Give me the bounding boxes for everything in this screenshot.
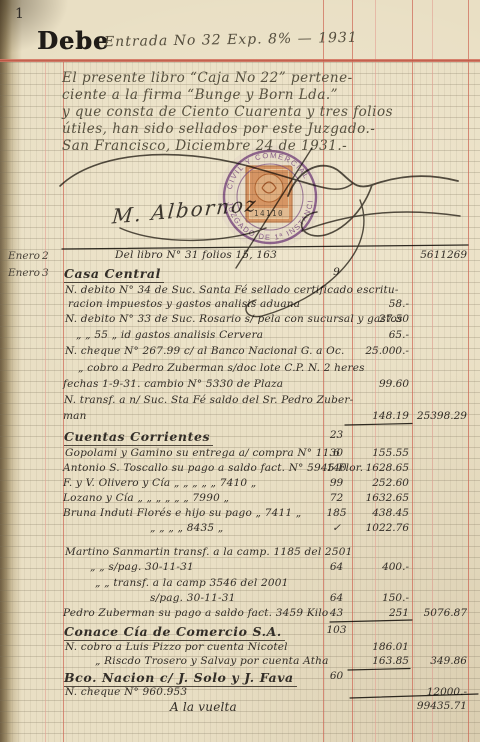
row-amount: 163.85 (352, 655, 409, 667)
row-total: 12000.- (413, 686, 467, 698)
signature-right-loop (302, 185, 372, 236)
row-desc: s/pag. 30-11-31 (150, 592, 235, 604)
row-amount: 186.01 (352, 641, 409, 653)
row-folio: 23 (323, 429, 350, 441)
ledger-row: Martino Sanmartin transf. a la camp. 118… (0, 546, 480, 561)
row-desc: „ „ s/pag. 30-11-31 (90, 561, 194, 573)
row-folio: 103 (323, 624, 350, 636)
certificate-line: y que consta de Ciento Cuarenta y tres f… (62, 104, 472, 120)
row-amount: 251 (352, 607, 409, 619)
ledger-row: Casa Central 9 (0, 266, 480, 281)
ledger-row: Gopolami y Gamino su entrega a/ compra N… (0, 447, 480, 462)
row-amount: 155.55 (352, 447, 409, 459)
row-folio: 99 (323, 477, 350, 489)
row-desc: Pedro Zuberman su pago a saldo fact. 345… (63, 607, 328, 619)
carry-forward-label: A la vuelta (170, 700, 237, 714)
ledger-row: fechas 1-9-31. cambio N° 5330 de Plaza 9… (0, 378, 480, 393)
row-amount: 438.45 (352, 507, 409, 519)
signature-right (288, 166, 458, 196)
rubric-flourish (60, 155, 352, 190)
section-heading: Cuentas Corrientes (64, 429, 213, 446)
certificate-line: El presente libro “Caja No 22” pertene- (62, 70, 472, 86)
row-desc: „ „ „ „ 8435 „ (150, 522, 223, 534)
ledger-row: Cuentas Corrientes 23 (0, 429, 480, 444)
row-desc: Bruna Induti Florés e hijo su pago „ 741… (63, 507, 301, 519)
row-folio: 185 (323, 507, 350, 519)
section-heading: Casa Central (64, 266, 164, 283)
row-amount: 65.- (352, 329, 409, 341)
row-desc: Del libro N° 31 folios 15, 163 (115, 249, 277, 261)
ledger-row: N. debito N° 34 de Suc. Santa Fé sellado… (0, 284, 480, 299)
ledger-row: s/pag. 30-11-31 64 150.- (0, 592, 480, 607)
row-amount: 252.60 (352, 477, 409, 489)
row-amount: 1632.65 (352, 492, 409, 504)
row-total: 349.86 (413, 655, 467, 667)
ledger-row: „ „ transf. a la camp 3546 del 2001 (0, 577, 480, 592)
certificate-line: ciente a la firma “Bunge y Born Lda.” (62, 87, 472, 103)
ledger-row: Conace Cía de Comercio S.A. 103 (0, 624, 480, 639)
ledger-row: N. transf. a n/ Suc. Sta Fé saldo del Sr… (0, 394, 480, 409)
ledger-row: „ cobro a Pedro Zuberman s/doc lote C.P.… (0, 362, 480, 377)
row-folio: 72 (323, 492, 350, 504)
ledger-row: N. debito N° 33 de Suc. Rosario s/ pela … (0, 313, 480, 328)
ledger-row: man 148.19 25398.29 (0, 410, 480, 425)
row-amount: 25.000.- (352, 345, 409, 357)
row-desc: Lozano y Cía „ „ „ „ „ „ 7990 „ (63, 492, 229, 504)
row-amount: 150.- (352, 592, 409, 604)
certificate-line: útiles, han sido sellados por este Juzga… (62, 121, 472, 137)
row-desc: Martino Sanmartin transf. a la camp. 118… (65, 546, 352, 558)
ledger-row: Lozano y Cía „ „ „ „ „ „ 7990 „ 72 1632.… (0, 492, 480, 507)
row-desc: N. cheque N° 960.953 (65, 686, 187, 698)
signature-left-flourish (120, 228, 266, 240)
row-total: 5076.87 (413, 607, 467, 619)
row-desc: „ „ transf. a la camp 3546 del 2001 (95, 577, 289, 589)
ledger-row: Antonio S. Toscallo su pago a saldo fact… (0, 462, 480, 477)
signature-right-underline (302, 212, 460, 231)
debe-label: Debe (37, 26, 109, 55)
ledger-row: „ „ 55 „ id gastos analisis Cervera 65.- (0, 329, 480, 344)
carry-forward-total: 99435.71 (413, 700, 467, 712)
row-desc: „ cobro a Pedro Zuberman s/doc lote C.P.… (78, 362, 365, 374)
row-amount: 58.- (352, 298, 409, 310)
row-amount: 27.50 (352, 313, 409, 325)
row-total: 25398.29 (413, 410, 467, 422)
row-amount: 400.- (352, 561, 409, 573)
row-desc: N. debito N° 34 de Suc. Santa Fé sellado… (65, 284, 399, 296)
certificate-line: San Francisco, Diciembre 24 de 1931.- (62, 138, 472, 154)
header-rule (0, 59, 480, 62)
ledger-row: „ „ s/pag. 30-11-31 64 400.- (0, 561, 480, 576)
row-folio: 64 (323, 592, 350, 604)
section-heading: Conace Cía de Comercio S.A. (64, 624, 285, 641)
ledger-row: „ „ „ „ 8435 „ ✓ 1022.76 (0, 522, 480, 537)
ledger-row: N. cheque N° 960.953 12000.- (0, 686, 480, 701)
row-folio: 64 (323, 561, 350, 573)
section-heading: Bco. Nacion c/ J. Solo y J. Fava (64, 670, 297, 687)
row-desc: N. cobro a Luis Pizzo por cuenta Nicotel (65, 641, 288, 653)
stamp-ring-text-top: CIVIL Y COMERCIAL (225, 151, 312, 190)
ledger-row: Bruna Induti Florés e hijo su pago „ 741… (0, 507, 480, 522)
ledger-row: A la vuelta 99435.71 (0, 700, 480, 715)
row-desc: man (63, 410, 87, 422)
ledger-row: N. cheque N° 267.99 c/ al Banco Nacional… (0, 345, 480, 360)
row-desc: Gopolami y Gamino su entrega a/ compra N… (65, 447, 343, 459)
row-desc: Antonio S. Toscallo su pago a saldo fact… (63, 462, 363, 474)
row-desc: „ Riscdo Trosero y Salvay por cuenta Ath… (95, 655, 329, 667)
row-folio: 60 (323, 670, 350, 682)
row-desc: racion impuestos y gastos analisis aduan… (68, 298, 300, 310)
row-folio: 43 (323, 607, 350, 619)
row-desc: N. transf. a n/ Suc. Sta Fé saldo del Sr… (64, 394, 353, 406)
stamp-serial: 14110 (254, 209, 284, 218)
row-folio: 6 (323, 447, 350, 459)
row-folio: 9 (323, 266, 350, 278)
row-amount: 148.19 (352, 410, 409, 422)
ledger-row: N. cobro a Luis Pizzo por cuenta Nicotel… (0, 641, 480, 656)
entry-number-line: Entrada No 32 Exp. 8% — 1931 (104, 30, 358, 50)
signature-left: M. Albornoz (111, 192, 258, 229)
row-folio: 140 (323, 462, 350, 474)
ledger-row: racion impuestos y gastos analisis aduan… (0, 298, 480, 313)
row-amount: 1628.65 (352, 462, 409, 474)
ledger-row: Bco. Nacion c/ J. Solo y J. Fava 60 (0, 670, 480, 685)
row-amount: 1022.76 (352, 522, 409, 534)
row-folio: ✓ (323, 522, 350, 534)
row-total: 5611269 (413, 249, 467, 261)
row-desc: N. cheque N° 267.99 c/ al Banco Nacional… (65, 345, 345, 357)
ledger-row: Del libro N° 31 folios 15, 163 5611269 (0, 249, 480, 264)
row-desc: „ „ 55 „ id gastos analisis Cervera (76, 329, 263, 341)
ledger-row: F. y V. Olivero y Cía „ „ „ „ „ 7410 „ 9… (0, 477, 480, 492)
row-desc: F. y V. Olivero y Cía „ „ „ „ „ 7410 „ (63, 477, 256, 489)
row-desc: fechas 1-9-31. cambio N° 5330 de Plaza (63, 378, 283, 390)
page-number: 1 (15, 6, 24, 22)
row-amount: 99.60 (352, 378, 409, 390)
ledger-row: „ Riscdo Trosero y Salvay por cuenta Ath… (0, 655, 480, 670)
ledger-row: Pedro Zuberman su pago a saldo fact. 345… (0, 607, 480, 622)
ledger-page: 1 Debe Entrada No 32 Exp. 8% — 1931 El p… (0, 0, 480, 742)
svg-text:CIVIL Y COMERCIAL: CIVIL Y COMERCIAL (225, 151, 312, 190)
